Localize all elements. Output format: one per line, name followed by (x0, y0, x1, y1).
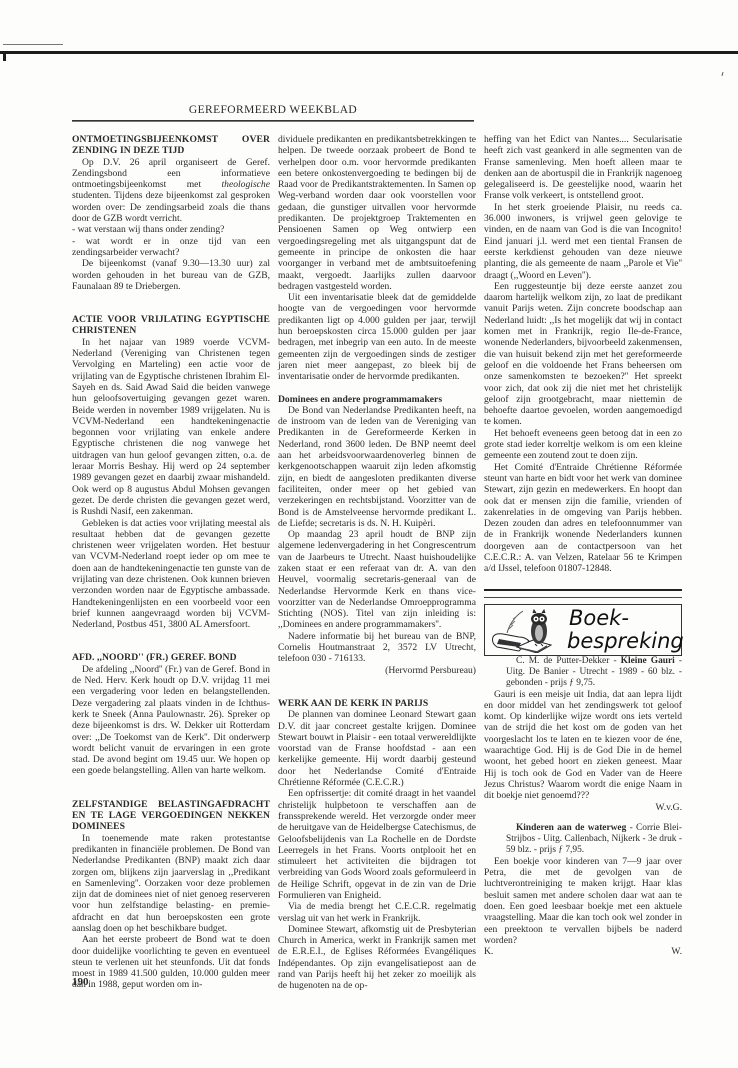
article-paragraph: Op maandag 23 april houdt de BNP zijn al… (278, 529, 476, 631)
review-body: Een boekje voor kinderen van 7—9 jaar ov… (484, 856, 682, 946)
article-paragraph: In het sterk groeiende Plaisir, nu reeds… (484, 202, 682, 281)
review-citation: Kinderen aan de waterweg - Corrie Blei-S… (484, 823, 682, 856)
masthead-rule-shadow (72, 121, 474, 122)
article-heading: ZELFSTANDIGE BELASTINGAFDRACHT EN TE LAG… (72, 799, 270, 833)
article-paragraph: Een ruggesteuntje bij deze eerste aanzet… (484, 281, 682, 428)
article-subheading: Dominees en andere programmamakers (278, 394, 476, 405)
article-paragraph: Het behoeft eveneens geen betoog dat in … (484, 428, 682, 462)
column-left: ONTMOETINGSBIJEENKOMST OVER ZENDING IN D… (72, 134, 270, 991)
book-review-title-line2: bespreking (567, 630, 684, 652)
article-paragraph: Dominee Stewart, afkomstig uit de Presby… (278, 924, 476, 992)
article-paragraph: De Bond van Nederlandse Predikanten heef… (278, 405, 476, 529)
review-book-title: Kleine Gauri (621, 656, 675, 666)
article-werk-kerk-parijs: WERK AAN DE KERK IN PARIJS De plannen va… (278, 698, 476, 992)
article-paragraph: In het najaar van 1989 voerde VCVM-Neder… (72, 337, 270, 518)
scan-top-rule (0, 51, 738, 54)
article-paragraph: Gebleken is dat acties voor vrijlating m… (72, 518, 270, 631)
review-body: Gauri is een meisje uit India, dat aan l… (484, 689, 682, 802)
bullet-item: - wat wordt er in onze tijd van een zend… (72, 236, 270, 259)
book-review-title-line1: Boek- (569, 607, 629, 629)
review-author: C. M. de Putter-Dekker - (516, 656, 621, 666)
owl-books-illustration-icon (489, 607, 567, 653)
article-heading: ACTIE VOOR VRIJLATING EGYPTISCHE CHRISTE… (72, 314, 270, 337)
review-citation: C. M. de Putter-Dekker - Kleine Gauri - … (484, 656, 682, 689)
bullet-item: - wat verstaan wij thans onder zending? (72, 224, 270, 235)
book-review-banner: Boek- bespreking (484, 604, 682, 656)
article-source: (Hervormd Persbureau) (278, 665, 476, 676)
article-paragraph: In toenemende mate raken protestantse pr… (72, 833, 270, 935)
section-divider-thin (484, 597, 682, 598)
review-signature-left: K. (484, 946, 493, 957)
article-paragraph: Een opfrissertje: dit comité draagt in h… (278, 788, 476, 901)
article-paragraph: De bijeenkomst (vanaf 9.30—13.30 uur) za… (72, 258, 270, 292)
article-actie-vrijlating: ACTIE VOOR VRIJLATING EGYPTISCHE CHRISTE… (72, 314, 270, 630)
article-belastingafdracht-continued: dividuele predikanten en predikantsbetre… (278, 134, 476, 676)
article-paragraph: dividuele predikanten en predikantsbetre… (278, 134, 476, 292)
article-ontmoetingsbijeenkomst: ONTMOETINGSBIJEENKOMST OVER ZENDING IN D… (72, 134, 270, 292)
section-divider (484, 589, 682, 591)
review-signature: W.v.G. (484, 802, 682, 813)
article-paragraph: Uit een inventarisatie bleek dat de gemi… (278, 292, 476, 382)
review-signature-row: K. W. (484, 946, 682, 957)
article-paragraph: Aan het eerste probeert de Bond wat te d… (72, 934, 270, 990)
article-parijs-continued: heffing van het Edict van Nantes.... Sec… (484, 134, 682, 575)
scan-edge-notch (3, 51, 6, 61)
text-run: studenten. Tijdens deze bijeenkomst zal … (72, 190, 270, 224)
article-paragraph: De afdeling ,,Noord'' (Fr.) van de Geref… (72, 664, 270, 777)
article-paragraph: De plannen van dominee Leonard Stewart g… (278, 709, 476, 788)
scan-edge-line (3, 44, 63, 45)
masthead-title: GEREFORMEERD WEEKBLAD (72, 104, 474, 116)
article-heading: ONTMOETINGSBIJEENKOMST OVER ZENDING IN D… (72, 134, 270, 157)
article-paragraph: Het Comité d'Entraide Chrétienne Réformé… (484, 462, 682, 575)
column-middle: dividuele predikanten en predikantsbetre… (278, 134, 476, 992)
emphasis-text: theologische (222, 179, 271, 190)
review-signature-right: W. (671, 946, 682, 957)
scan-speck (721, 72, 723, 76)
article-paragraph: Nadere informatie bij het bureau van de … (278, 631, 476, 665)
column-right: heffing van het Edict van Nantes.... Sec… (484, 134, 682, 958)
review-book-title: Kinderen aan de waterweg (516, 823, 626, 833)
book-review-kleine-gauri: C. M. de Putter-Dekker - Kleine Gauri - … (484, 656, 682, 813)
page-number: 190 (72, 976, 89, 988)
article-paragraph: Via de media brengt het C.E.C.R. regelma… (278, 901, 476, 924)
article-paragraph: Op D.V. 26 april organiseert de Geref. Z… (72, 157, 270, 225)
article-afd-noord: AFD. ,,NOORD'' (FR.) GEREF. BOND De afde… (72, 652, 270, 776)
book-review-kinderen-waterweg: Kinderen aan de waterweg - Corrie Blei-S… (484, 823, 682, 958)
article-heading: AFD. ,,NOORD'' (FR.) GEREF. BOND (72, 652, 270, 663)
article-zelfstandige-belastingafdracht: ZELFSTANDIGE BELASTINGAFDRACHT EN TE LAG… (72, 799, 270, 991)
article-heading: WERK AAN DE KERK IN PARIJS (278, 698, 476, 709)
article-paragraph: heffing van het Edict van Nantes.... Sec… (484, 134, 682, 202)
